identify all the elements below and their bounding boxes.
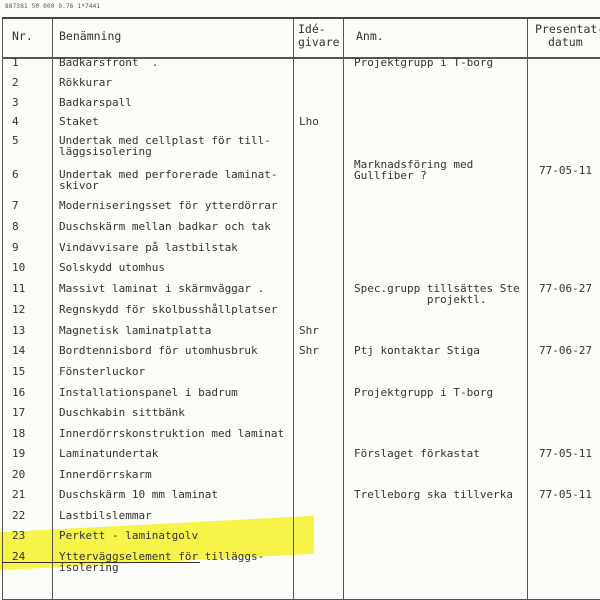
row-originator: Shr — [299, 325, 319, 336]
row-note: Spec.grupp tillsättes Ste projektl. — [354, 283, 520, 305]
row-originator: Lho — [299, 116, 319, 127]
row-name: Moderniseringsset för ytterdörrar — [59, 200, 278, 211]
column-divider — [527, 19, 528, 599]
row-name: Lastbilslemmar — [59, 510, 152, 521]
row-number: 17 — [12, 407, 25, 418]
row-number: 19 — [12, 448, 25, 459]
row-name: Duschskärm mellan badkar och tak — [59, 221, 271, 232]
row-note: Projektgrupp i T-borg — [354, 387, 493, 398]
underline-mark — [2, 562, 200, 563]
row-number: 18 — [12, 428, 25, 439]
row-name: Duschkabin sittbänk — [59, 407, 185, 418]
proposal-table: Nr. Benämning Idé- givare Anm. Presentat… — [2, 17, 600, 600]
row-number: 3 — [12, 97, 19, 108]
row-name: Fönsterluckor — [59, 366, 145, 377]
row-number: 23 — [12, 530, 25, 541]
row-name: Massivt laminat i skärmväggar . — [59, 283, 264, 294]
header-originator-2: givare — [298, 36, 340, 49]
row-number: 15 — [12, 366, 25, 377]
row-number: 12 — [12, 304, 25, 315]
row-name: Solskydd utomhus — [59, 262, 165, 273]
row-number: 16 — [12, 387, 25, 398]
column-divider — [52, 19, 53, 599]
row-name: Perkett - laminatgolv — [59, 530, 198, 541]
form-code: 887381 50 000 9.76 1*7441 — [5, 3, 100, 10]
row-name: Duschskärm 10 mm laminat — [59, 489, 218, 500]
row-name: Bordtennisbord för utomhusbruk — [59, 345, 258, 356]
row-number: 20 — [12, 469, 25, 480]
row-date: 77-05-11 — [539, 489, 592, 500]
row-note: Trelleborg ska tillverka — [354, 489, 513, 500]
row-name: Magnetisk laminatplatta — [59, 325, 211, 336]
row-name: Badkarspall — [59, 97, 132, 108]
row-note: Projektgrupp i T-borg — [354, 57, 493, 68]
row-name: Regnskydd för skolbusshållplatser — [59, 304, 278, 315]
row-note: Ptj kontaktar Stiga — [354, 345, 480, 356]
header-date-2: datum — [548, 36, 583, 49]
row-number: 21 — [12, 489, 25, 500]
row-number: 7 — [12, 200, 19, 211]
row-number: 1 — [12, 57, 19, 68]
row-number: 14 — [12, 345, 25, 356]
row-date: 77-06-27 — [539, 345, 592, 356]
row-note: Marknadsföring med Gullfiber ? — [354, 159, 473, 181]
row-name: Innerdörrskarm — [59, 469, 152, 480]
row-date: 77-05-11 — [539, 165, 592, 176]
header-note: Anm. — [356, 30, 384, 43]
row-date: 77-05-11 — [539, 448, 592, 459]
column-divider — [293, 19, 294, 599]
column-divider — [343, 19, 344, 599]
column-divider — [2, 19, 3, 599]
row-originator: Shr — [299, 345, 319, 356]
header-nr: Nr. — [12, 30, 33, 43]
row-date: 77-06-27 — [539, 283, 592, 294]
row-number: 13 — [12, 325, 25, 336]
row-name: Undertak med cellplast för till- läggsis… — [59, 135, 271, 157]
row-number: 9 — [12, 242, 19, 253]
row-number: 22 — [12, 510, 25, 521]
header-name: Benämning — [59, 30, 121, 43]
row-name: Laminatundertak — [59, 448, 158, 459]
row-number: 8 — [12, 221, 19, 232]
row-name: Installationspanel i badrum — [59, 387, 238, 398]
row-number: 10 — [12, 262, 25, 273]
row-number: 4 — [12, 116, 19, 127]
row-name: Staket — [59, 116, 99, 127]
row-name: Innerdörrskonstruktion med laminat — [59, 428, 284, 439]
row-number: 24 — [12, 551, 25, 562]
row-name: Vindavvisare på lastbilstak — [59, 242, 238, 253]
row-number: 5 — [12, 135, 19, 146]
row-number: 6 — [12, 169, 19, 180]
row-name: Undertak med perforerade laminat- skivor — [59, 169, 278, 191]
row-name: Badkarsfront . — [59, 57, 158, 68]
row-number: 2 — [12, 77, 19, 88]
row-number: 11 — [12, 283, 25, 294]
row-name: Rökkurar — [59, 77, 112, 88]
row-note: Förslaget förkastat — [354, 448, 480, 459]
